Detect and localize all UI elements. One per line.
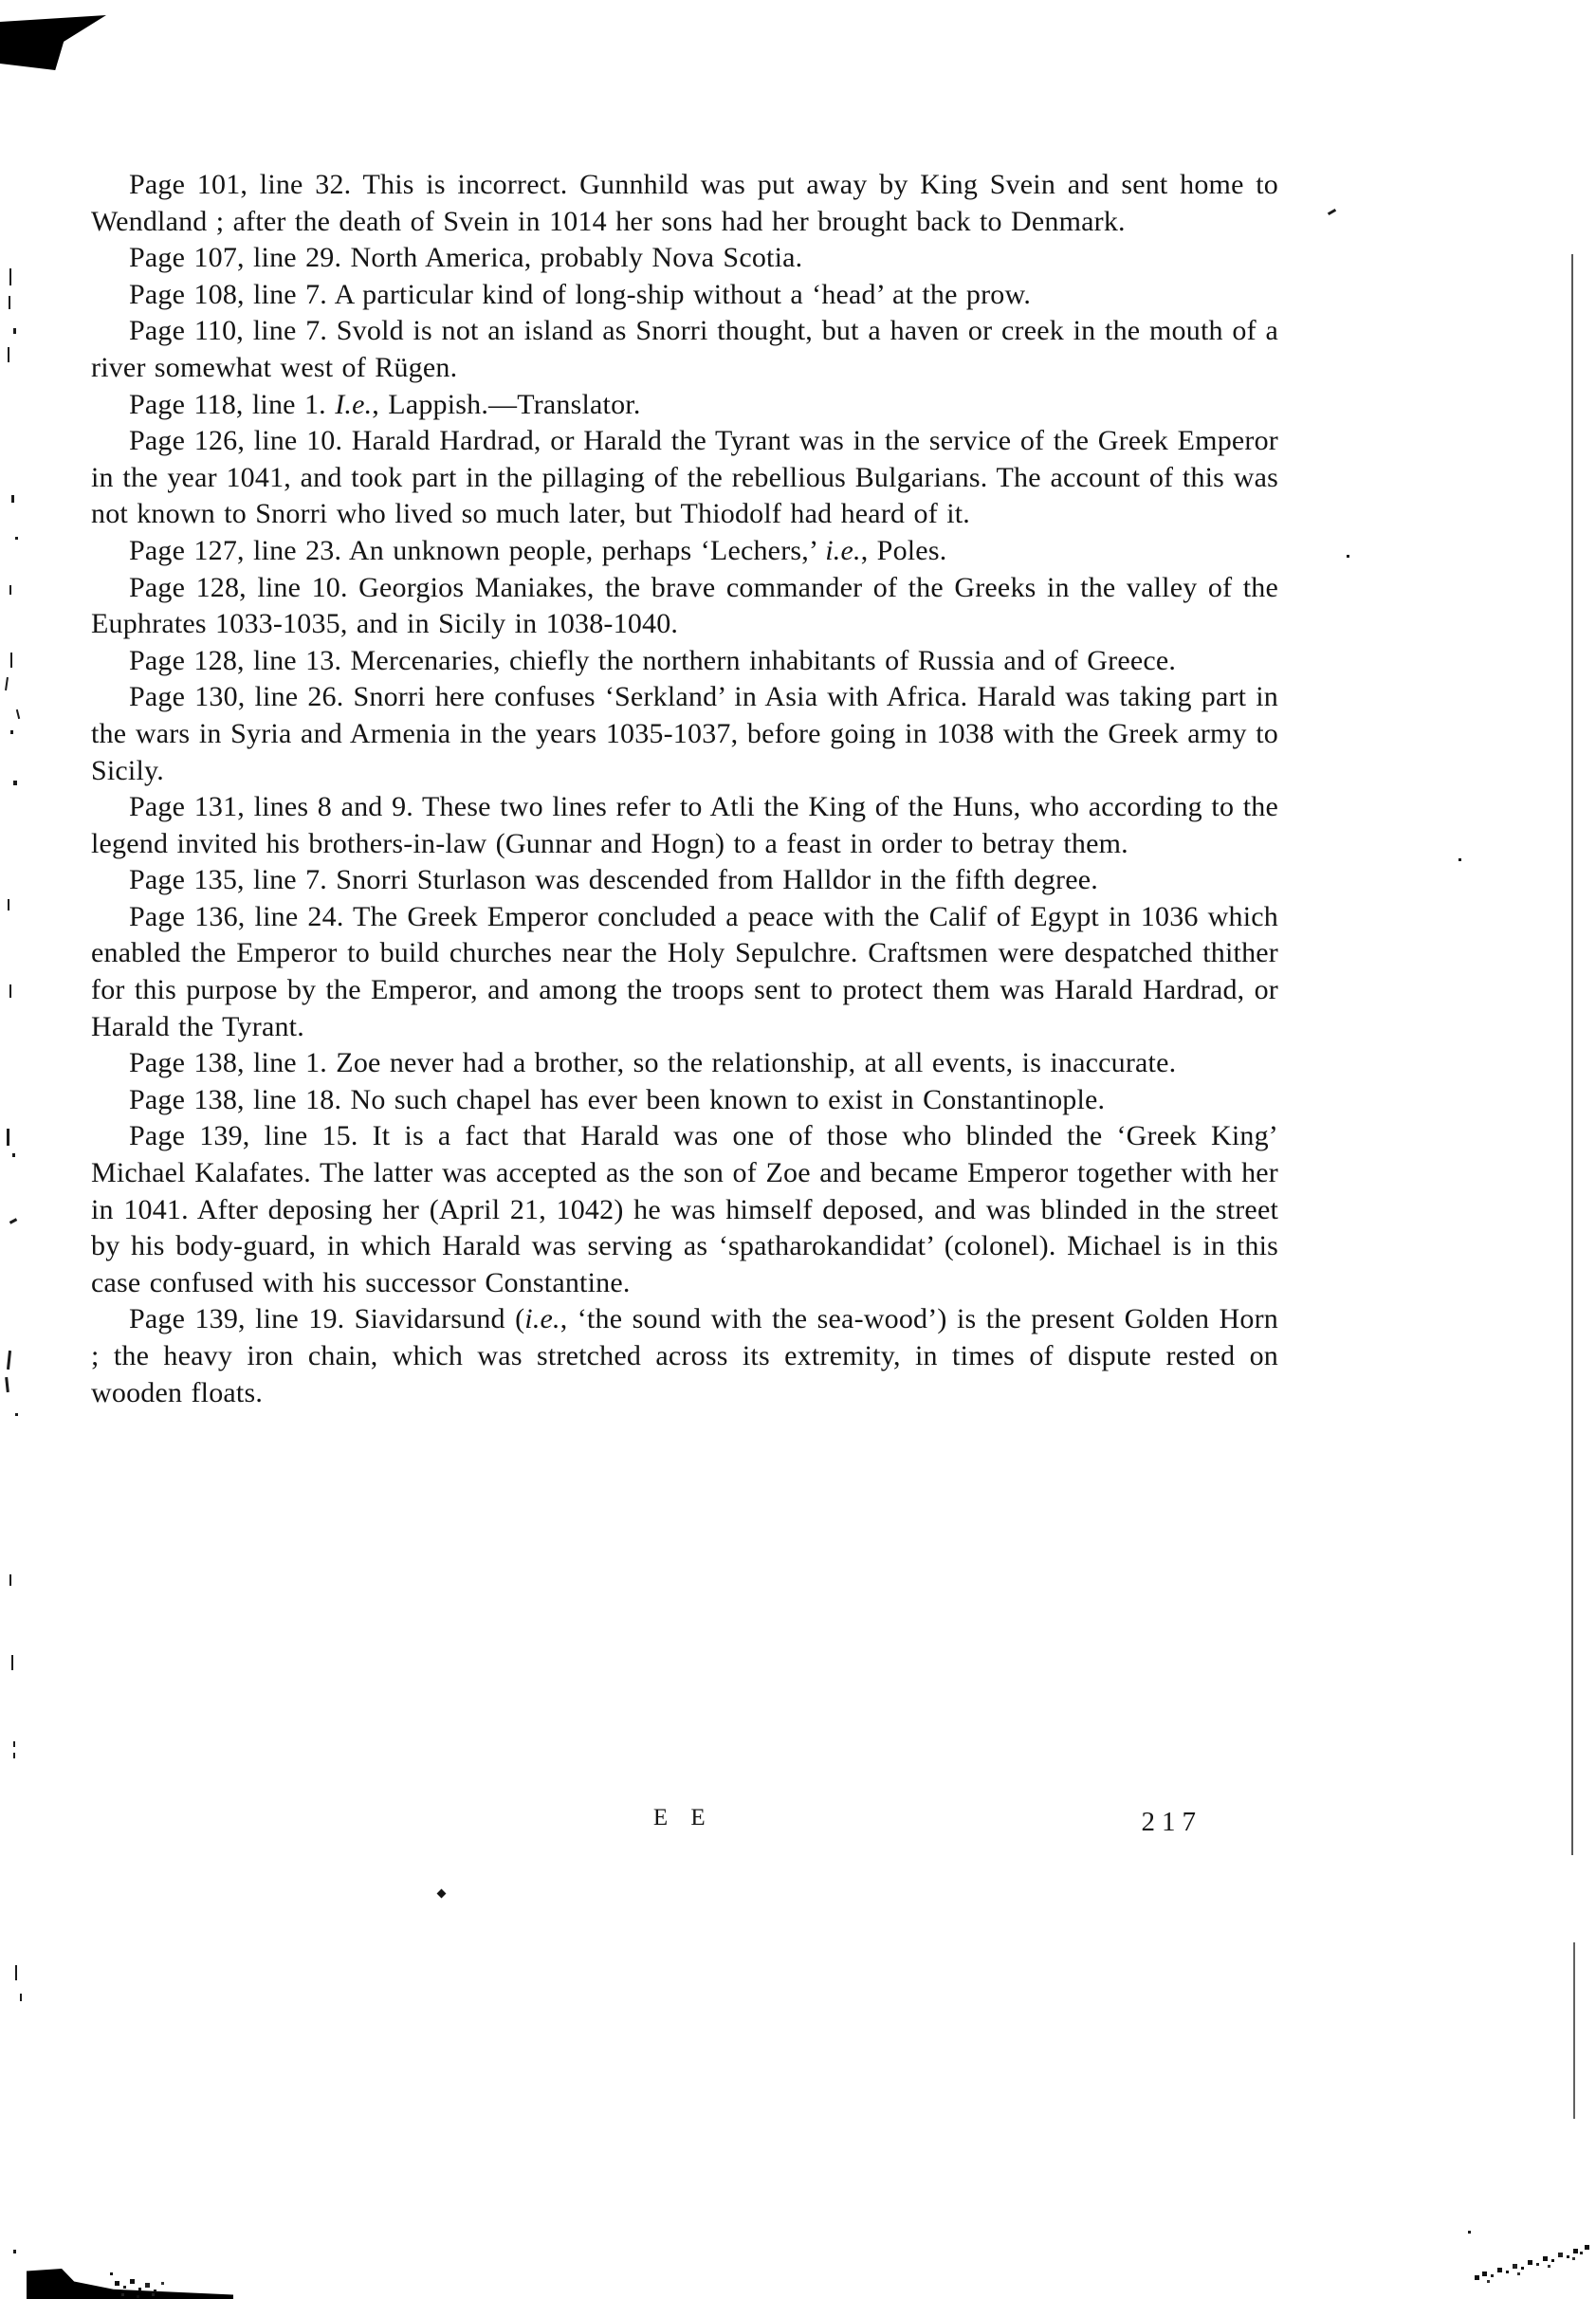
margin-mark	[10, 730, 13, 734]
margin-mark	[8, 347, 9, 362]
note-text: Page 128, line 13. Mercenaries, chiefly …	[129, 645, 1176, 676]
page-number: 217	[1142, 1807, 1203, 1838]
note-text-italic: i.e.	[825, 535, 860, 566]
margin-mark	[1458, 858, 1461, 861]
margin-mark	[16, 709, 20, 719]
scan-gutter-line	[1573, 1942, 1575, 2119]
signature-mark: E E	[653, 1805, 714, 1831]
margin-mark	[10, 653, 12, 668]
scan-gutter-line	[1571, 254, 1573, 1855]
margin-mark	[9, 268, 11, 285]
margin-mark	[13, 2250, 16, 2253]
note-paragraph: Page 135, line 7. Snorri Sturlason was d…	[91, 862, 1278, 899]
note-paragraph: Page 128, line 10. Georgios Maniakes, th…	[91, 570, 1278, 643]
note-text: , Poles.	[861, 535, 947, 566]
note-paragraph: Page 131, lines 8 and 9. These two lines…	[91, 789, 1278, 862]
note-text: Page 127, line 23. An unknown people, pe…	[129, 535, 825, 566]
scanned-book-page: { "document": { "notes": [ { "segments":…	[0, 0, 1596, 2299]
margin-mark	[7, 1351, 11, 1370]
margin-mark	[5, 677, 9, 690]
note-text: Page 136, line 24. The Greek Emperor con…	[91, 901, 1278, 1042]
margin-mark	[13, 1741, 15, 1747]
note-text: Page 110, line 7. Svold is not an island…	[91, 315, 1278, 383]
note-text: Page 107, line 29. North America, probab…	[129, 242, 802, 273]
note-text: Page 130, line 26. Snorri here confuses …	[91, 681, 1278, 785]
note-text: Page 138, line 18. No such chapel has ev…	[129, 1084, 1105, 1115]
note-paragraph: Page 126, line 10. Harald Hardrad, or Ha…	[91, 423, 1278, 533]
scan-smudge-bottom-left	[110, 2272, 113, 2275]
note-paragraph: Page 101, line 32. This is incorrect. Gu…	[91, 167, 1278, 240]
margin-mark	[9, 984, 11, 998]
margin-mark	[13, 781, 17, 785]
note-text: Page 118, line 1.	[129, 389, 335, 420]
margin-mark	[1347, 555, 1349, 558]
margin-mark	[13, 328, 16, 334]
scan-speck	[437, 1889, 447, 1899]
margin-mark	[11, 1655, 13, 1670]
margin-mark	[9, 1218, 17, 1223]
note-text: Page 139, line 19. Siavidarsund (	[129, 1303, 524, 1334]
note-text: Page 138, line 1. Zoe never had a brothe…	[129, 1047, 1176, 1078]
margin-mark	[13, 1753, 15, 1758]
margin-mark	[15, 1413, 18, 1416]
note-paragraph: Page 136, line 24. The Greek Emperor con…	[91, 899, 1278, 1045]
margin-mark	[15, 1965, 17, 1980]
note-text: Page 101, line 32. This is incorrect. Gu…	[91, 169, 1278, 237]
margin-mark	[20, 1994, 22, 2001]
note-text: Page 135, line 7. Snorri Sturlason was d…	[129, 864, 1098, 895]
margin-mark	[15, 537, 18, 540]
margin-mark	[11, 495, 14, 503]
note-paragraph: Page 128, line 13. Mercenaries, chiefly …	[91, 643, 1278, 680]
note-paragraph: Page 108, line 7. A particular kind of l…	[91, 277, 1278, 314]
note-text: Page 128, line 10. Georgios Maniakes, th…	[91, 572, 1278, 640]
margin-mark	[5, 1377, 9, 1392]
note-text: Page 126, line 10. Harald Hardrad, or Ha…	[91, 425, 1278, 529]
note-paragraph: Page 107, line 29. North America, probab…	[91, 240, 1278, 277]
note-paragraph: Page 139, line 19. Siavidarsund (i.e., ‘…	[91, 1301, 1278, 1411]
scan-smudge-bottom-right	[1468, 2231, 1471, 2234]
note-paragraph: Page 110, line 7. Svold is not an island…	[91, 313, 1278, 386]
note-text-italic: I.e.	[335, 389, 372, 420]
note-text: Page 108, line 7. A particular kind of l…	[129, 279, 1031, 310]
margin-mark	[8, 899, 9, 910]
margin-mark	[9, 296, 10, 309]
margin-mark	[12, 1153, 15, 1157]
note-text-italic: i.e.	[524, 1303, 560, 1334]
margin-mark	[9, 585, 11, 595]
note-text: Page 139, line 15. It is a fact that Har…	[91, 1120, 1278, 1297]
scan-artifact-top-left-corner	[0, 15, 106, 70]
note-paragraph: Page 127, line 23. An unknown people, pe…	[91, 533, 1278, 570]
note-paragraph: Page 138, line 1. Zoe never had a brothe…	[91, 1045, 1278, 1082]
note-paragraph: Page 130, line 26. Snorri here confuses …	[91, 679, 1278, 789]
note-text: , Lappish.—Translator.	[372, 389, 640, 420]
margin-mark	[9, 1574, 11, 1586]
margin-mark	[7, 1129, 9, 1146]
note-paragraph: Page 139, line 15. It is a fact that Har…	[91, 1118, 1278, 1301]
note-paragraph: Page 138, line 18. No such chapel has ev…	[91, 1082, 1278, 1119]
page-footer: E E 217	[91, 1805, 1278, 1845]
scan-artifact-bottom-left-corner	[27, 2269, 233, 2299]
margin-mark	[1328, 209, 1336, 215]
note-text: Page 131, lines 8 and 9. These two lines…	[91, 791, 1278, 859]
notes-text-block: Page 101, line 32. This is incorrect. Gu…	[91, 167, 1278, 1411]
note-paragraph: Page 118, line 1. I.e., Lappish.—Transla…	[91, 387, 1278, 424]
